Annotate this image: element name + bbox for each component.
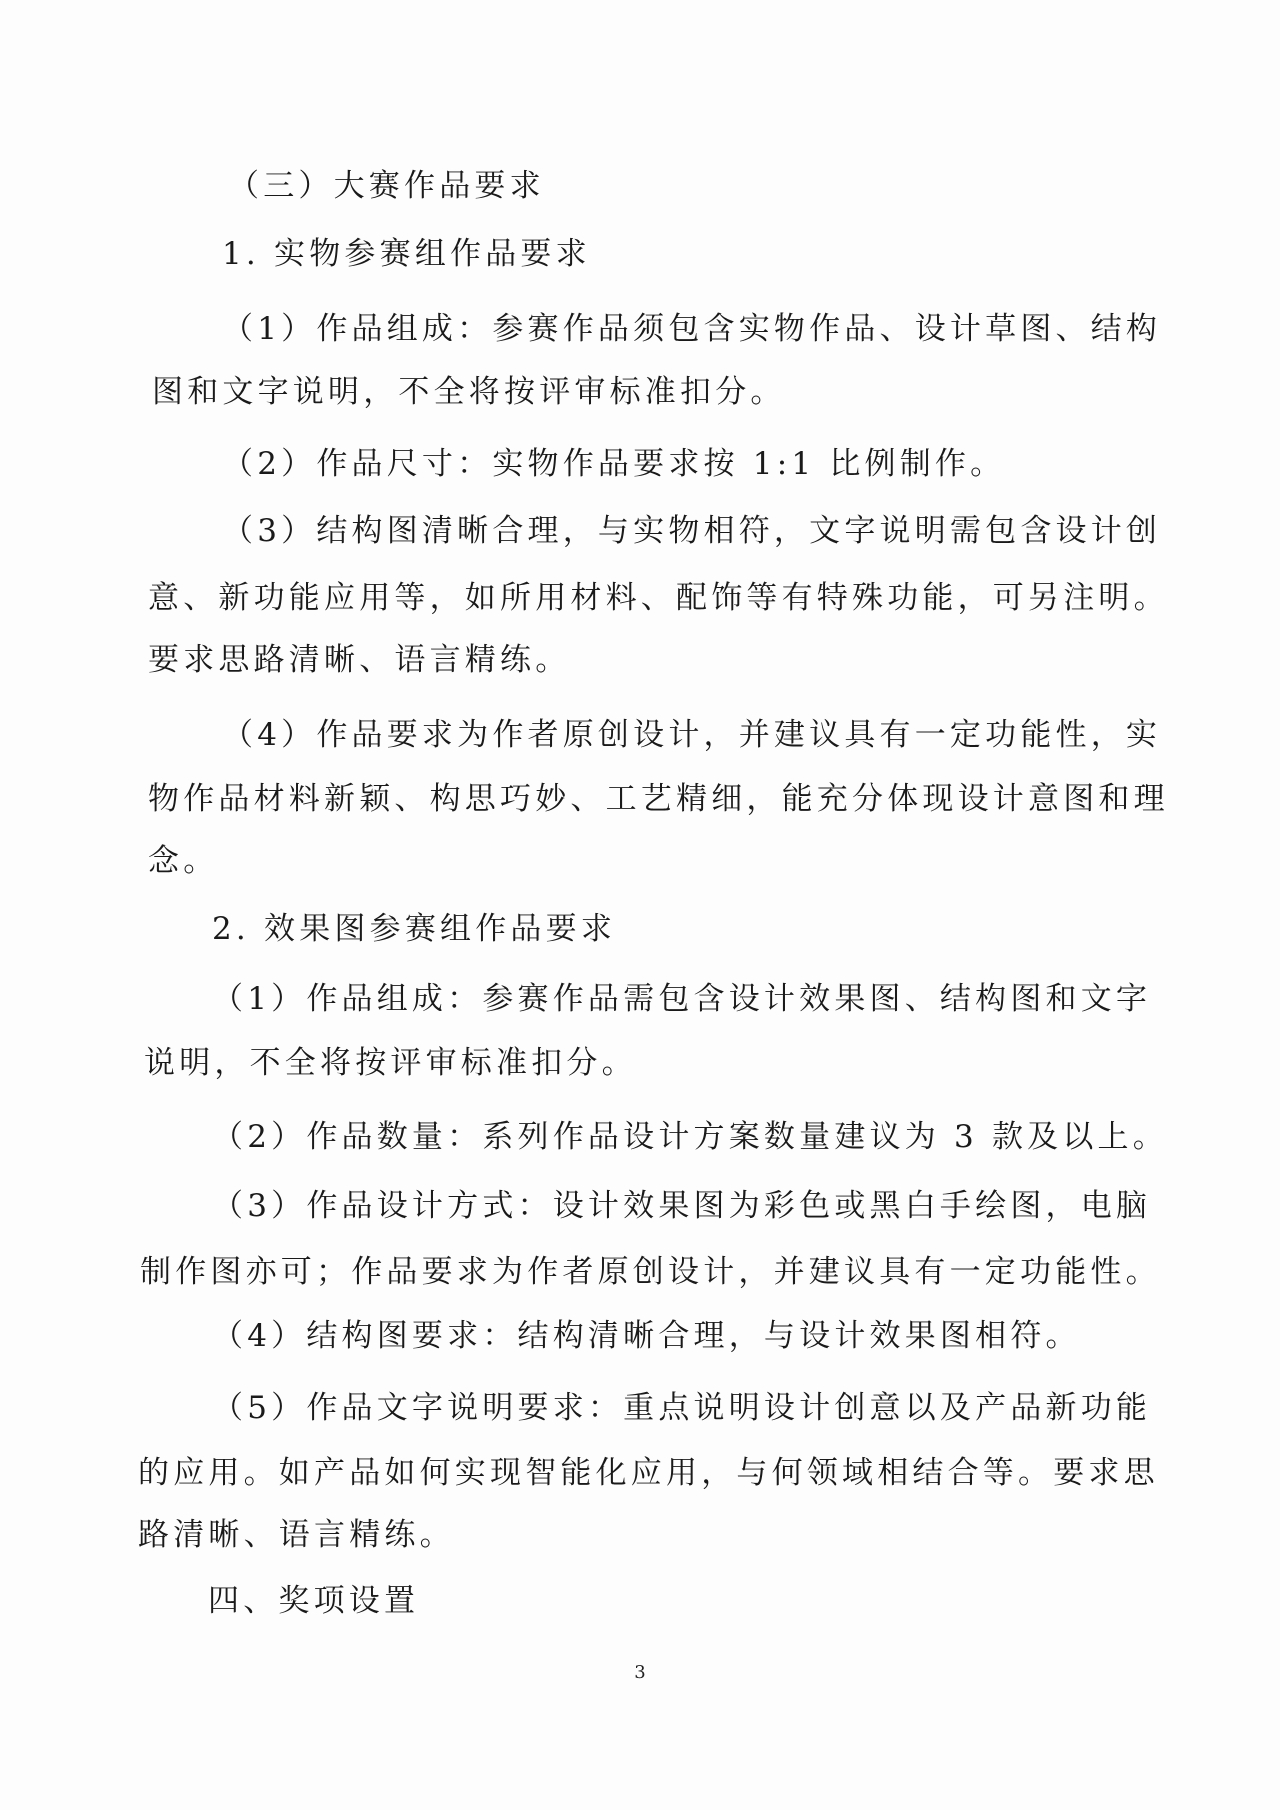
text-line: （4）作品要求为作者原创设计，并建议具有一定功能性，实 bbox=[222, 715, 1161, 755]
text-line: 2. 效果图参赛组作品要求 bbox=[212, 909, 616, 949]
text-line: 念。 bbox=[148, 841, 218, 881]
text-line: 路清晰、语言精练。 bbox=[138, 1515, 455, 1555]
text-line: （3）作品设计方式：设计效果图为彩色或黑白手绘图，电脑 bbox=[212, 1186, 1151, 1226]
text-line: （5）作品文字说明要求：重点说明设计创意以及产品新功能 bbox=[212, 1388, 1151, 1428]
text-line: 的应用。如产品如何实现智能化应用，与何领域相结合等。要求思 bbox=[138, 1453, 1159, 1493]
text-line: （3）结构图清晰合理，与实物相符，文字说明需包含设计创 bbox=[222, 511, 1161, 551]
text-line: 意、新功能应用等，如所用材料、配饰等有特殊功能，可另注明。 bbox=[148, 578, 1169, 618]
page-number: 3 bbox=[0, 1662, 1280, 1683]
text-line: 1. 实物参赛组作品要求 bbox=[222, 234, 591, 274]
text-line: 制作图亦可；作品要求为作者原创设计，并建议具有一定功能性。 bbox=[140, 1252, 1161, 1292]
text-line: （4）结构图要求：结构清晰合理，与设计效果图相符。 bbox=[212, 1316, 1081, 1356]
text-line: （三）大赛作品要求 bbox=[228, 166, 545, 206]
text-line: 物作品材料新颖、构思巧妙、工艺精细，能充分体现设计意图和理 bbox=[148, 779, 1169, 819]
text-line: （1）作品组成：参赛作品须包含实物作品、设计草图、结构 bbox=[222, 309, 1161, 349]
text-line: 四、奖项设置 bbox=[208, 1581, 419, 1621]
text-line: （2）作品数量：系列作品设计方案数量建议为 3 款及以上。 bbox=[212, 1117, 1168, 1157]
text-line: （1）作品组成：参赛作品需包含设计效果图、结构图和文字 bbox=[212, 979, 1151, 1019]
text-line: 要求思路清晰、语言精练。 bbox=[148, 640, 570, 680]
document-page: （三）大赛作品要求1. 实物参赛组作品要求（1）作品组成：参赛作品须包含实物作品… bbox=[0, 0, 1280, 1810]
text-line: 说明，不全将按评审标准扣分。 bbox=[144, 1043, 637, 1083]
text-line: 图和文字说明，不全将按评审标准扣分。 bbox=[152, 372, 786, 412]
text-line: （2）作品尺寸：实物作品要求按 1:1 比例制作。 bbox=[222, 444, 1005, 484]
